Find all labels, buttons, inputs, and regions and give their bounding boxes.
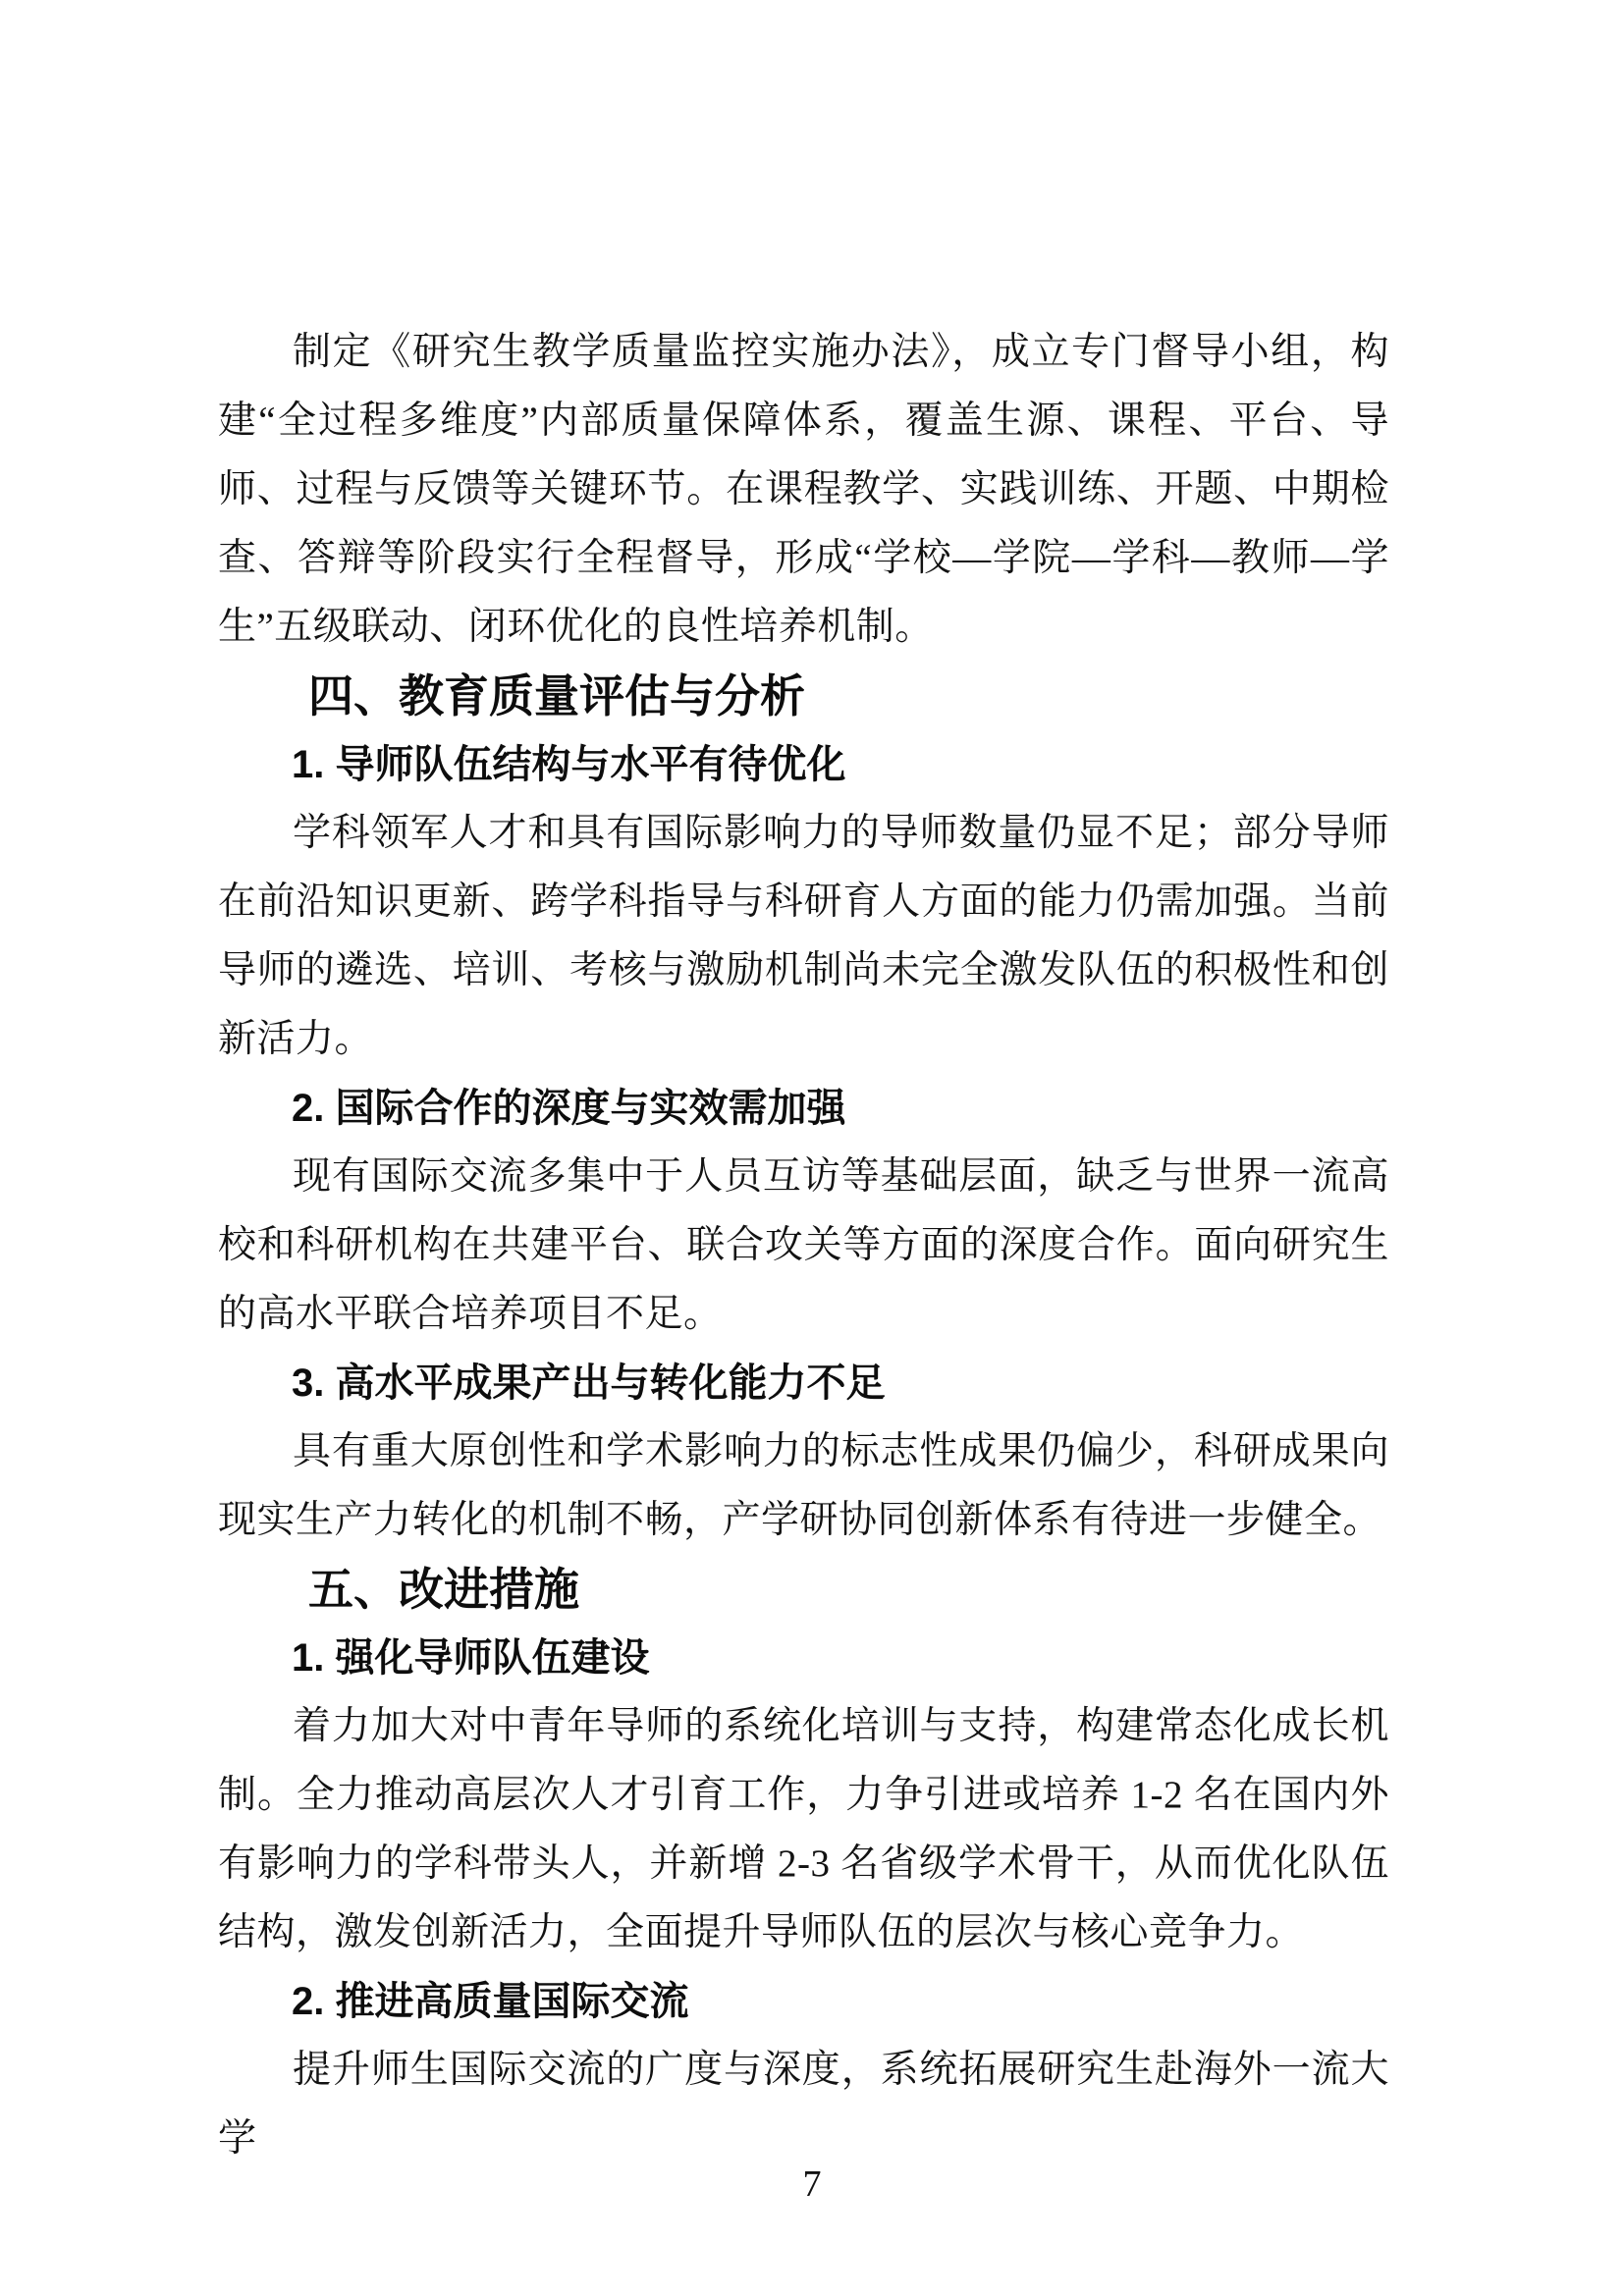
subsection-heading-supervisor-team: 1. 导师队伍结构与水平有待优化 [218,730,1389,799]
document-body: 制定《研究生教学质量监控实施办法》，成立专门督导小组，构建“全过程多维度”内部质… [218,318,1389,2173]
subsection-heading-intl-exchange: 2. 推进高质量国际交流 [218,1967,1389,2036]
subsection-heading-strengthen-team: 1. 强化导师队伍建设 [218,1624,1389,1692]
page-number: 7 [0,2160,1624,2209]
subsection-heading-achievements: 3. 高水平成果产出与转化能力不足 [218,1349,1389,1417]
paragraph-supervisor-team: 学科领军人才和具有国际影响力的导师数量仍显不足；部分导师在前沿知识更新、跨学科指… [218,799,1389,1074]
subsection-heading-intl-cooperation: 2. 国际合作的深度与实效需加强 [218,1074,1389,1143]
section-heading-5-improvements: 五、改进措施 [218,1555,1389,1624]
document-page: 制定《研究生教学质量监控实施办法》，成立专门督导小组，构建“全过程多维度”内部质… [0,0,1624,2296]
paragraph-achievements: 具有重大原创性和学术影响力的标志性成果仍偏少，科研成果向现实生产力转化的机制不畅… [218,1417,1389,1555]
paragraph-quality-monitoring: 制定《研究生教学质量监控实施办法》，成立专门督导小组，构建“全过程多维度”内部质… [218,318,1389,662]
paragraph-strengthen-team: 着力加大对中青年导师的系统化培训与支持，构建常态化成长机制。全力推动高层次人才引… [218,1692,1389,1967]
section-heading-4-evaluation: 四、教育质量评估与分析 [218,662,1389,730]
paragraph-intl-exchange: 提升师生国际交流的广度与深度，系统拓展研究生赴海外一流大学 [218,2036,1389,2173]
paragraph-intl-cooperation: 现有国际交流多集中于人员互访等基础层面，缺乏与世界一流高校和科研机构在共建平台、… [218,1143,1389,1349]
